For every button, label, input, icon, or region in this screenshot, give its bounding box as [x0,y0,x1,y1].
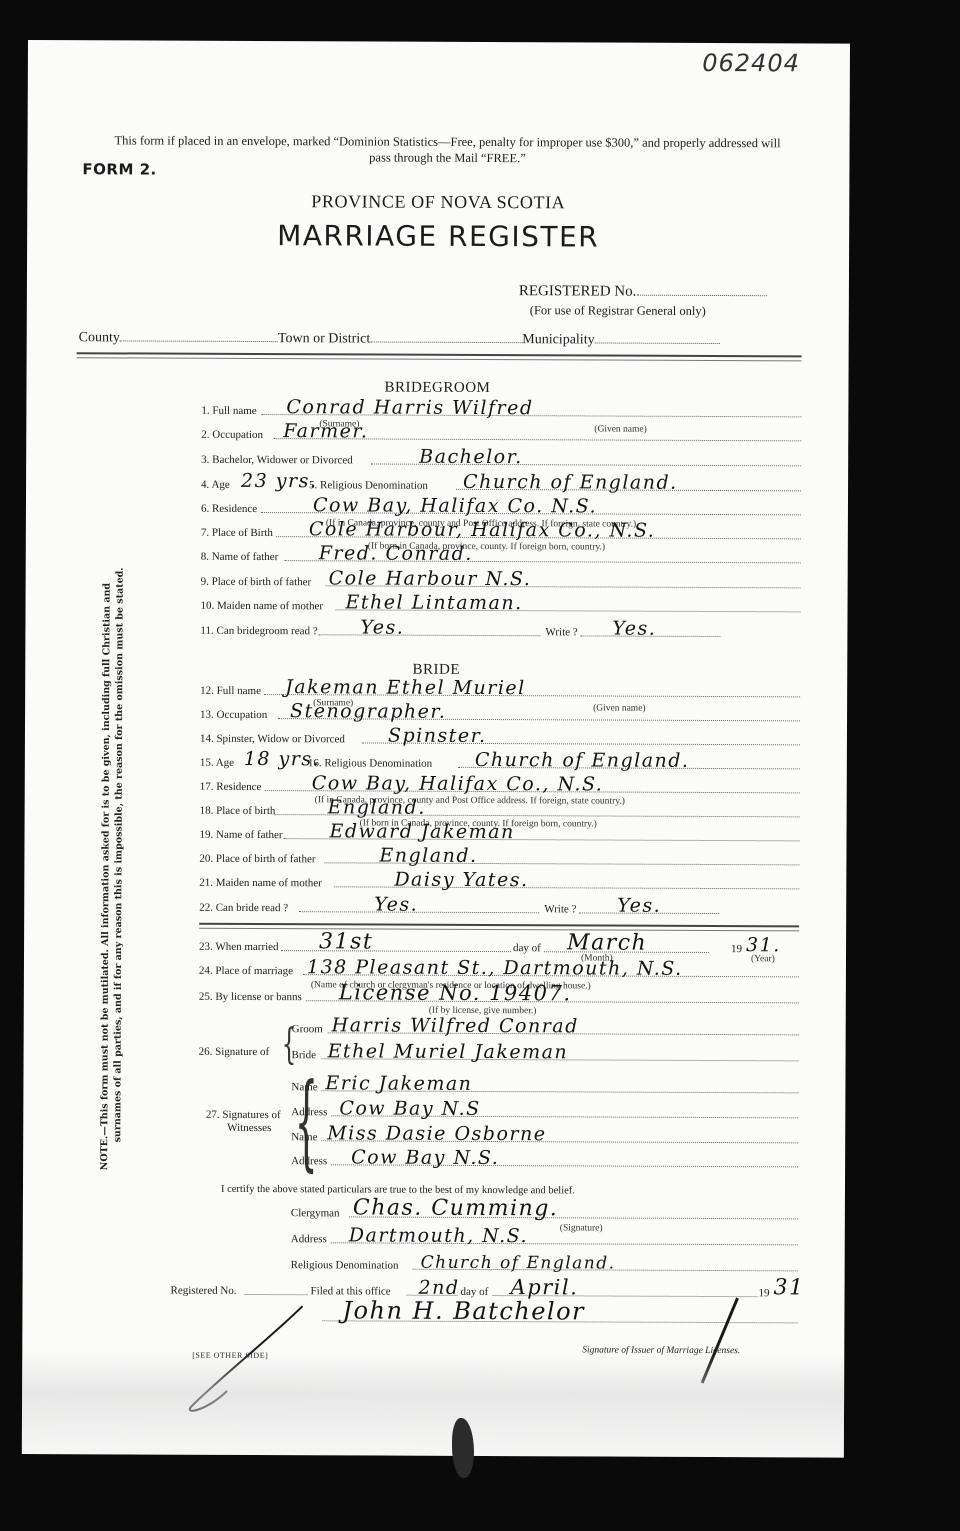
bride-full-name-value: Jakeman Ethel Muriel [285,676,526,699]
groom-full-name-label: Full name [212,405,256,417]
witness-1-name-label: Name [291,1081,317,1093]
day-of-label: day of [511,942,543,954]
field-groom-full-name: 1. Full name Conrad Harris Wilfred [201,397,801,422]
field-bride-mother-maiden: 21. Maiden name of mother Daisy Yates. [199,869,799,894]
groom-read-value: Yes. [360,616,404,638]
county-line [120,328,278,342]
groom-occupation-label: Occupation [212,429,263,441]
bride-status-label: Spinster, Widow or Divorced [216,733,345,746]
field-bride-age-religion: 15. Age 18 yrs. 16. Religious Denominati… [200,749,800,774]
bride-mother-maiden-label: Maiden name of mother [216,877,322,889]
groom-father-name-value: Fred. Conrad. [319,542,473,565]
field-bride-father-birthplace: 20. Place of birth of father England. [199,845,799,870]
when-married-label: When married [215,941,278,953]
field-witness-2-name: Name Miss Dasie Osborne [291,1123,798,1147]
groom-write-label: Write ? [545,626,577,638]
marriage-year-value: 31. [746,934,781,956]
place-of-marriage-value: 138 Pleasant St., Dartmouth, N.S. [307,956,683,980]
form-number: FORM 2. [82,160,156,178]
clergyman-denomination: Church of England. [421,1253,616,1274]
field-groom-residence: 6. Residence Cow Bay, Halifax Co. N.S. [201,495,801,520]
groom-birthplace-label: Place of Birth [212,527,273,539]
clergyman-address: Dartmouth, N.S. [349,1224,528,1247]
bride-full-name-label: Full name [217,685,261,697]
marriage-month-value: March [567,930,647,955]
bride-religion-label: Religious Denomination [324,757,432,769]
certification-statement: I certify the above stated particulars a… [221,1184,575,1197]
province-heading: PROVINCE OF NOVA SCOTIA [27,190,849,215]
groom-age-value: 23 yrs. [241,470,317,492]
groom-occupation-value: Farmer. [283,420,368,442]
groom-religion-label: Religious Denomination [320,479,428,491]
county-row: CountyTown or DistrictMunicipality [79,328,799,349]
filed-year-value: 31 [774,1275,805,1300]
witness-1-name: Eric Jakeman [325,1072,472,1095]
marriage-register-form: 062404 This form if placed in an envelop… [22,40,850,1458]
field-bride-literacy: 22. Can bride read ? Yes. Write ? Yes. [199,894,799,919]
groom-religion-value: Church of England. [463,471,678,494]
bride-write-label: Write ? [544,903,576,915]
groom-full-name-value: Conrad Harris Wilfred [286,396,533,419]
field-witness-1-name: Name Eric Jakeman [291,1073,798,1097]
registered-no-note: (For use of Registrar General only) [530,303,706,319]
groom-mother-maiden-label: Maiden name of mother [217,600,323,612]
header-divider [77,352,802,361]
field-witness-2-address: Address Cow Bay N.S. [291,1147,798,1171]
municipality-line [595,330,720,344]
registered-no-label: REGISTERED No. [519,283,637,300]
page-title: MARRIAGE REGISTER [27,218,849,255]
field-place-of-marriage: 24. Place of marriage 138 Pleasant St., … [199,957,799,982]
witness-1-address-label: Address [291,1106,327,1118]
field-groom-father-name: 8. Name of father Fred. Conrad. [201,543,801,568]
year-prefix: 19 [731,943,742,955]
field-when-married: 23. When married 31st day of March 19 31… [199,933,799,958]
bride-divider [199,923,799,932]
bride-father-name-label: Name of father [216,829,283,841]
bride-age-label: Age [216,757,234,769]
field-groom-status: 3. Bachelor, Widower or Divorced Bachelo… [201,446,801,471]
field-groom-age-religion: 4. Age 23 yrs. 5. Religious Denomination… [201,471,801,496]
groom-write-value: Yes. [612,618,656,640]
bride-write-value: Yes. [617,895,661,917]
filed-year-prefix: 19 [759,1287,770,1299]
field-groom-literacy: 11. Can bridegroom read ? Yes. Write ? Y… [200,617,800,642]
bride-signature: Ethel Muriel Jakeman [328,1040,569,1063]
groom-signature-label: Groom [292,1023,323,1035]
field-bride-father-name: 19. Name of father Edward Jakeman [199,821,799,846]
groom-signature: Harris Wilfred Conrad [332,1014,579,1037]
field-bride-full-name: 12. Full name Jakeman Ethel Muriel [200,677,800,702]
field-license: 25. By license or banns License No. 1940… [199,983,799,1008]
witness-2-address-label: Address [291,1155,327,1167]
registered-no-line [636,283,766,297]
field-clergyman-denomination: Religious Denomination Church of England… [291,1251,798,1275]
groom-father-birthplace-label: Place of birth of father [212,576,312,588]
field-clergyman-address: Address Dartmouth, N.S. [291,1225,798,1249]
bride-father-birthplace-value: England. [379,845,477,867]
license-value: License No. 19407. [339,980,572,1005]
filed-day-value: 2nd [419,1277,460,1299]
groom-father-name-label: Name of father [212,551,279,563]
groom-status-value: Bachelor. [419,446,523,468]
field-groom-father-birthplace: 9. Place of birth of father Cole Harbour… [201,568,801,593]
county-label: County [79,330,120,345]
bride-read-label: Can bride read ? [216,902,288,914]
side-note: NOTE.—This form must not be mutilated. A… [98,550,127,1170]
town-label: Town or District [278,331,370,346]
groom-residence-label: Residence [212,503,257,515]
signature-of-label: 26. Signature of [199,1046,270,1058]
bridegroom-heading: BRIDEGROOM [26,378,848,399]
clergyman-address-label: Address [291,1233,327,1245]
field-bride-birthplace: 18. Place of birth England. [200,797,800,822]
groom-status-label: Bachelor, Widower or Divorced [212,454,353,467]
paper-shadow [22,1350,844,1458]
bride-read-value: Yes. [374,894,418,916]
field-bride-signature: Bride Ethel Muriel Jakeman [292,1041,799,1065]
field-groom-signature: Groom Harris Wilfred Conrad [292,1015,799,1039]
bride-status-value: Spinster. [388,725,487,747]
bride-residence-value: Cow Bay, Halifax Co., N.S. [312,772,604,795]
field-bride-occupation: 13. Occupation Stenographer. [200,701,800,726]
bride-occupation-value: Stenographer. [290,700,446,723]
side-note-line-2: surnames of all parties, and if for any … [111,550,127,1170]
filed-month-value: April. [511,1275,579,1299]
witness-2-name: Miss Dasie Osborne [327,1122,546,1145]
municipality-label: Municipality [522,332,594,347]
witness-2-address: Cow Bay N.S. [351,1146,499,1169]
field-bride-residence: 17. Residence Cow Bay, Halifax Co., N.S. [200,773,800,798]
bride-mother-maiden-value: Daisy Yates. [394,869,528,892]
field-groom-occupation: 2. Occupation Farmer. [201,421,801,446]
town-line [370,329,522,343]
groom-residence-value: Cow Bay, Halifax Co. N.S. [313,494,597,517]
serial-number: 062404 [702,49,800,77]
field-groom-mother-maiden: 10. Maiden name of mother Ethel Lintaman… [200,592,800,617]
groom-birthplace-value: Cole Harbour, Halifax Co., N.S. [309,518,656,542]
groom-age-label: Age [211,479,229,491]
field-clergyman: Clergyman Chas. Cumming. [291,1199,798,1223]
clergyman-signature: Chas. Cumming. [353,1195,559,1221]
postal-notice: This form if placed in an envelope, mark… [107,132,787,167]
clergyman-label: Clergyman [291,1207,340,1219]
license-label: By license or banns [215,991,302,1003]
groom-read-label: Can bridegroom read ? [216,625,317,637]
marriage-day-value: 31st [319,929,373,954]
bride-father-birthplace-label: Place of birth of father [216,853,316,865]
witness-1-address: Cow Bay N.S [339,1097,480,1120]
registered-no-field: REGISTERED No. [519,282,767,301]
issuer-signature: John H. Batchelor [342,1296,585,1325]
bride-occupation-label: Occupation [217,709,268,721]
field-bride-status: 14. Spinster, Widow or Divorced Spinster… [200,725,800,750]
bride-residence-label: Residence [216,781,261,793]
field-witness-1-address: Address Cow Bay N.S [291,1098,798,1122]
clergyman-denomination-label: Religious Denomination [291,1259,399,1271]
place-of-marriage-label: Place of marriage [215,965,293,977]
bride-religion-value: Church of England. [475,749,690,772]
witness-2-name-label: Name [291,1131,317,1143]
field-groom-birthplace: 7. Place of Birth Cole Harbour, Halifax … [201,519,801,544]
bride-father-name-value: Edward Jakeman [330,820,515,843]
witnesses-label: 27. Signatures of Witnesses [198,1109,288,1135]
bride-birthplace-label: Place of birth [216,805,275,817]
bride-birthplace-value: England. [328,796,426,818]
groom-father-birthplace-value: Cole Harbour N.S. [329,567,532,590]
groom-mother-maiden-value: Ethel Lintaman. [346,591,523,614]
